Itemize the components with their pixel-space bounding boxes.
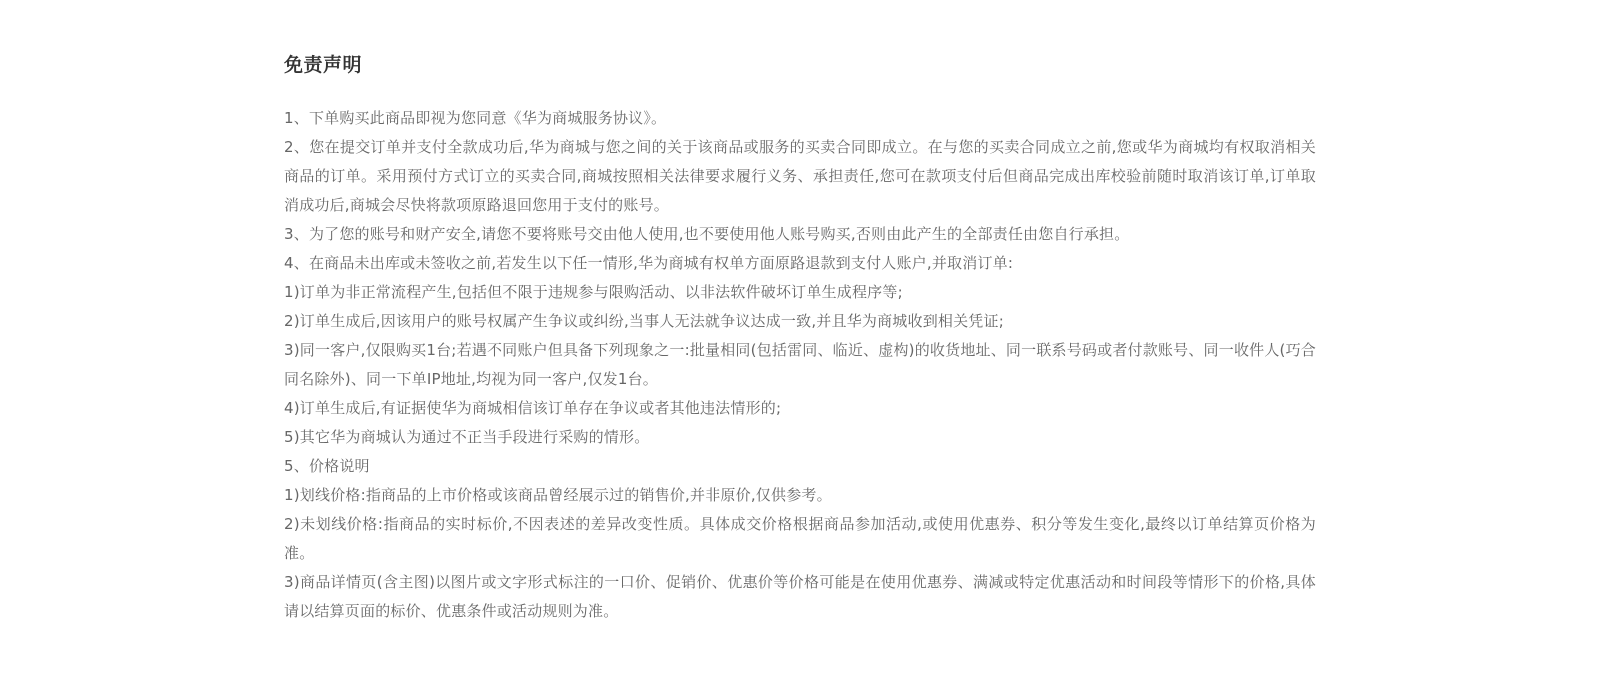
disclaimer-title: 免责声明: [284, 50, 1316, 80]
clause-4-item-4: 4)订单生成后,有证据使华为商城相信该订单存在争议或者其他违法情形的;: [284, 394, 1316, 423]
clause-4-item-5: 5)其它华为商城认为通过不正当手段进行采购的情形。: [284, 423, 1316, 452]
clause-5-item-1: 1)划线价格:指商品的上市价格或该商品曾经展示过的销售价,并非原价,仅供参考。: [284, 481, 1316, 510]
clause-4-item-3: 3)同一客户,仅限购买1台;若遇不同账户但具备下列现象之一:批量相同(包括雷同、…: [284, 336, 1316, 394]
disclaimer-body: 1、下单购买此商品即视为您同意《华为商城服务协议》。 2、您在提交订单并支付全款…: [284, 104, 1316, 626]
clause-4-refund-conditions: 4、在商品未出库或未签收之前,若发生以下任一情形,华为商城有权单方面原路退款到支…: [284, 249, 1316, 278]
clause-5-item-3: 3)商品详情页(含主图)以图片或文字形式标注的一口价、促销价、优惠价等价格可能是…: [284, 568, 1316, 626]
clause-1-agreement: 1、下单购买此商品即视为您同意《华为商城服务协议》。: [284, 104, 1316, 133]
clause-3-account-safety: 3、为了您的账号和财产安全,请您不要将账号交由他人使用,也不要使用他人账号购买,…: [284, 220, 1316, 249]
clause-5-item-2: 2)未划线价格:指商品的实时标价,不因表述的差异改变性质。具体成交价格根据商品参…: [284, 510, 1316, 568]
clause-2-contract: 2、您在提交订单并支付全款成功后,华为商城与您之间的关于该商品或服务的买卖合同即…: [284, 133, 1316, 220]
clause-4-item-1: 1)订单为非正常流程产生,包括但不限于违规参与限购活动、以非法软件破坏订单生成程…: [284, 278, 1316, 307]
clause-4-item-2: 2)订单生成后,因该用户的账号权属产生争议或纠纷,当事人无法就争议达成一致,并且…: [284, 307, 1316, 336]
clause-5-price-heading: 5、价格说明: [284, 452, 1316, 481]
disclaimer-section: 免责声明 1、下单购买此商品即视为您同意《华为商城服务协议》。 2、您在提交订单…: [284, 50, 1316, 626]
